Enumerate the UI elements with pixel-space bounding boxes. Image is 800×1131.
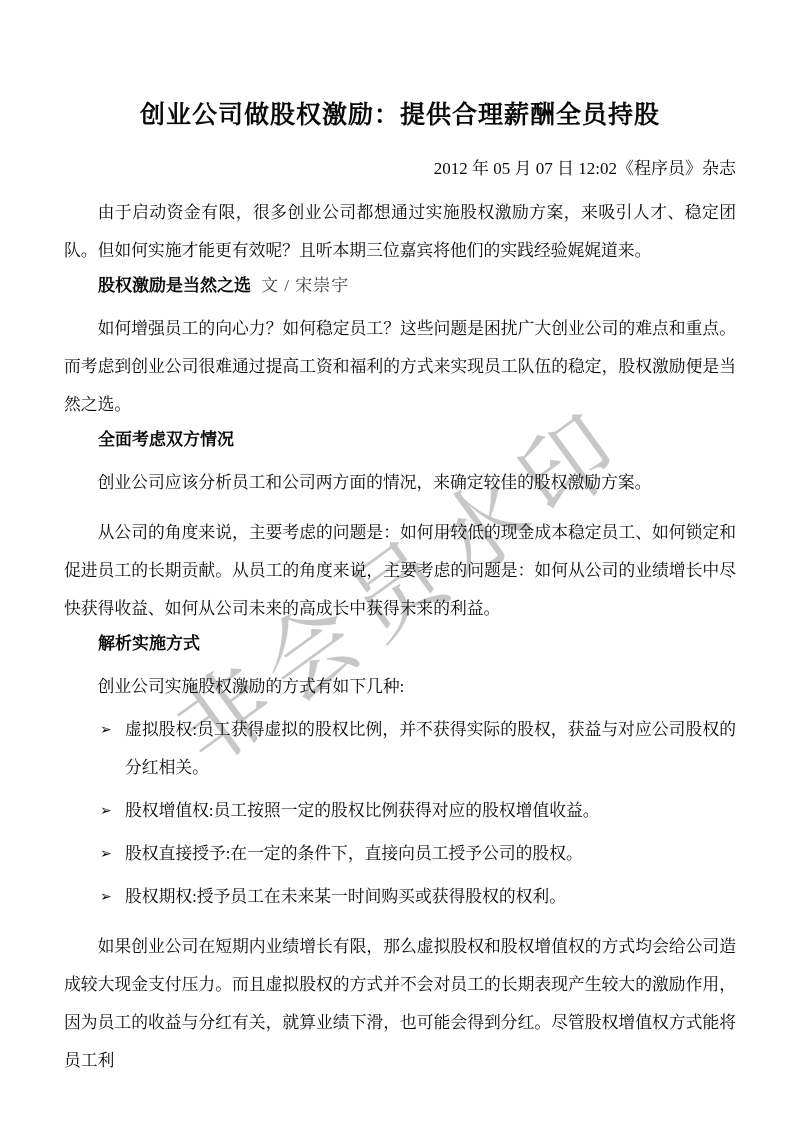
- arrow-bullet-icon: ➢: [100, 879, 112, 917]
- paragraph: 如果创业公司在短期内业绩增长有限，那么虚拟股权和股权增值权的方式均会给公司造成较…: [64, 928, 736, 1080]
- arrow-bullet-icon: ➢: [100, 793, 112, 831]
- paragraph: 如何增强员工的向心力？如何稳定员工？这些问题是困扰广大创业公司的难点和重点。而考…: [64, 310, 736, 424]
- list-item-text: 股权直接授予:在一定的条件下，直接向员工授予公司的股权。: [125, 844, 583, 863]
- list-item-virtual-equity: ➢ 虚拟股权:员工获得虚拟的股权比例，并不获得实际的股权，获益与对应公司股权的分…: [64, 711, 736, 787]
- list-item-stock-options: ➢ 股权期权:授予员工在未来某一时间购买或获得股权的权利。: [64, 878, 736, 916]
- section-heading-equity-incentive: 股权激励是当然之选文 / 宋崇宇: [64, 274, 736, 298]
- section-heading-consider-both-sides: 全面考虑双方情况: [64, 428, 736, 452]
- section-heading-implementation: 解析实施方式: [64, 632, 736, 656]
- bullet-list: ➢ 虚拟股权:员工获得虚拟的股权比例，并不获得实际的股权，获益与对应公司股权的分…: [64, 711, 736, 916]
- list-item-text: 虚拟股权:员工获得虚拟的股权比例，并不获得实际的股权，获益与对应公司股权的分红相…: [125, 720, 736, 777]
- paragraph: 从公司的角度来说，主要考虑的问题是：如何用较低的现金成本稳定员工、如何锁定和促进…: [64, 514, 736, 628]
- section-heading-text: 股权激励是当然之选: [98, 276, 251, 295]
- article-dateline: 2012 年 05 月 07 日 12:02《程序员》杂志: [64, 156, 736, 182]
- list-item-text: 股权增值权:员工按照一定的股权比例获得对应的股权增值收益。: [125, 801, 600, 820]
- paragraph: 创业公司应该分析员工和公司两方面的情况，来确定较佳的股权激励方案。: [64, 464, 736, 502]
- document-page: { "article": { "watermark": "非会员水印", "ti…: [0, 0, 800, 1131]
- list-item-text: 股权期权:授予员工在未来某一时间购买或获得股权的权利。: [125, 887, 566, 906]
- article-body: 创业公司做股权激励：提供合理薪酬全员持股 2012 年 05 月 07 日 12…: [0, 98, 800, 1080]
- arrow-bullet-icon: ➢: [100, 836, 112, 874]
- arrow-bullet-icon: ➢: [100, 712, 112, 750]
- byline: 文 / 宋崇宇: [261, 276, 349, 295]
- list-item-direct-grant: ➢ 股权直接授予:在一定的条件下，直接向员工授予公司的股权。: [64, 835, 736, 873]
- paragraph: 创业公司实施股权激励的方式有如下几种:: [64, 668, 736, 706]
- lead-paragraph: 由于启动资金有限，很多创业公司都想通过实施股权激励方案，来吸引人才、稳定团队。但…: [64, 194, 736, 270]
- list-item-appreciation-rights: ➢ 股权增值权:员工按照一定的股权比例获得对应的股权增值收益。: [64, 792, 736, 830]
- article-title: 创业公司做股权激励：提供合理薪酬全员持股: [64, 98, 736, 134]
